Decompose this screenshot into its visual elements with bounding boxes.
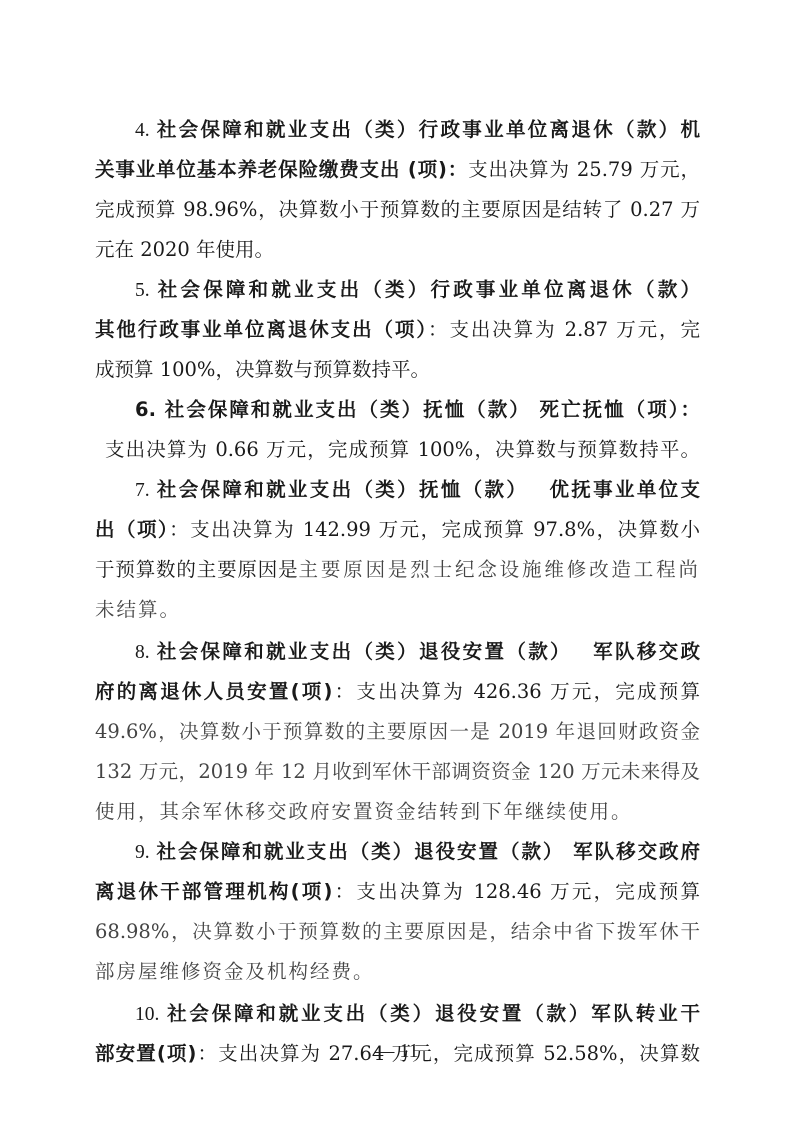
p4-line2: 关事业单位基本养老保险缴费支出 (项)：支出决算为 25.79 万元， bbox=[95, 150, 700, 190]
p8-line4: 132 万元，2019 年 12 月收到军休干部调资资金 120 万元未来得及 bbox=[95, 752, 700, 792]
p8-line3: 49.6%，决算数小于预算数的主要原因一是 2019 年退回财政资金 bbox=[95, 712, 700, 752]
p6-heading: 6. 社会保障和就业支出（类）抚恤（款） 死亡抚恤（项）： bbox=[135, 398, 700, 421]
p9-heading: 社会保障和就业支出（类）退役安置（款） 军队移交政府 bbox=[156, 840, 700, 863]
p10-line1: 10. 社会保障和就业支出（类）退役安置（款）军队转业干 bbox=[95, 994, 700, 1034]
p7-line1: 7. 社会保障和就业支出（类）抚恤（款） 优抚事业单位支 bbox=[95, 470, 700, 510]
p8-heading: 社会保障和就业支出（类）退役安置（款） 军队移交政 bbox=[157, 640, 700, 663]
p6-line1: 6. 社会保障和就业支出（类）抚恤（款） 死亡抚恤（项）： bbox=[95, 390, 700, 430]
p9-line4: 部房屋维修资金及机构经费。 bbox=[95, 952, 700, 992]
p4-heading: 社会保障和就业支出（类）行政事业单位离退休（款）机 bbox=[157, 118, 700, 141]
p5-line2: 其他行政事业单位离退休支出（项）：支出决算为 2.87 万元，完 bbox=[95, 310, 700, 350]
p10-heading: 社会保障和就业支出（类）退役安置（款）军队转业干 bbox=[167, 1002, 700, 1025]
p7-heading: 社会保障和就业支出（类）抚恤（款） 优抚事业单位支 bbox=[157, 478, 700, 501]
page-number: — 11 bbox=[0, 1040, 793, 1063]
p8-line5: 使用，其余军休移交政府安置资金结转到下年继续使用。 bbox=[95, 792, 700, 832]
p7-line3: 于预算数的主要原因是主要原因是烈士纪念设施维修改造工程尚 bbox=[95, 550, 700, 590]
p9-line3: 68.98%，决算数小于预算数的主要原因是，结余中省下拨军休干 bbox=[95, 912, 700, 952]
p5-heading: 社会保障和就业支出（类）行政事业单位离退休（款） bbox=[158, 278, 700, 301]
p4-line3: 完成预算 98.96%，决算数小于预算数的主要原因是结转了 0.27 万 bbox=[95, 190, 700, 230]
p5-line3: 成预算 100%，决算数与预算数持平。 bbox=[95, 350, 700, 390]
p9-line1: 9. 社会保障和就业支出（类）退役安置（款） 军队移交政府 bbox=[95, 832, 700, 872]
p7-line2: 出（项）：支出决算为 142.99 万元，完成预算 97.8%，决算数小 bbox=[95, 510, 700, 550]
p8-line1: 8. 社会保障和就业支出（类）退役安置（款） 军队移交政 bbox=[95, 632, 700, 672]
p7-line4: 未结算。 bbox=[95, 590, 700, 630]
p4-line4: 元在 2020 年使用。 bbox=[95, 230, 700, 270]
p4-line1: 4. 社会保障和就业支出（类）行政事业单位离退休（款）机 bbox=[95, 110, 700, 150]
p8-line2: 府的离退休人员安置(项)：支出决算为 426.36 万元，完成预算 bbox=[95, 672, 700, 712]
p5-line1: 5. 社会保障和就业支出（类）行政事业单位离退休（款） bbox=[95, 270, 700, 310]
p6-line2: 支出决算为 0.66 万元，完成预算 100%，决算数与预算数持平。 bbox=[95, 430, 700, 470]
p9-line2: 离退休干部管理机构(项)：支出决算为 128.46 万元，完成预算 bbox=[95, 872, 700, 912]
